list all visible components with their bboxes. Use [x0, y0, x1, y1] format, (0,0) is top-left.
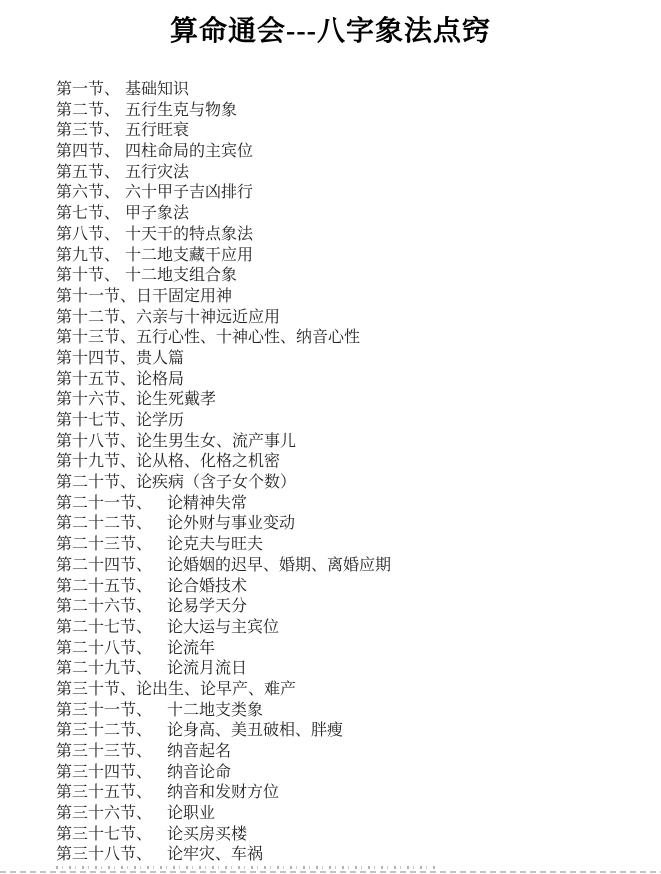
toc-item-title: 贵人篇	[136, 349, 184, 370]
toc-item: 第五节、五行灾法	[56, 163, 661, 184]
toc-item-number: 第二十五节、	[56, 577, 167, 598]
toc-item-number: 第二十六节、	[56, 597, 167, 618]
page-title: 算命通会---八字象法点窍	[0, 14, 661, 50]
toc-item-title: 论出生、论早产、难产	[136, 680, 296, 701]
toc-item-number: 第二十二节、	[56, 514, 167, 535]
toc-item-title: 论流年	[167, 639, 215, 660]
toc-item: 第三十节、论出生、论早产、难产	[56, 680, 661, 701]
toc-item: 第七节、甲子象法	[56, 204, 661, 225]
toc-item-number: 第十一节、	[56, 287, 136, 308]
toc-item: 第三十五节、纳音和发财方位	[56, 783, 661, 804]
toc-item-number: 第十七节、	[56, 411, 136, 432]
toc-item-number: 第二十节、	[56, 473, 136, 494]
toc-item: 第二十三节、论克夫与旺夫	[56, 535, 661, 556]
toc-list: 第一节、基础知识第二节、五行生克与物象第三节、五行旺衰第四节、四柱命局的主宾位第…	[56, 80, 661, 866]
toc-item-number: 第二十四节、	[56, 556, 167, 577]
toc-item: 第二十节、论疾病（含子女个数）	[56, 473, 661, 494]
toc-item: 第二十二节、论外财与事业变动	[56, 514, 661, 535]
toc-item: 第十五节、论格局	[56, 370, 661, 391]
toc-item-title: 论职业	[167, 804, 215, 825]
toc-item-number: 第十五节、	[56, 370, 136, 391]
toc-item-number: 第二十八节、	[56, 639, 167, 660]
toc-item-number: 第三十节、	[56, 680, 136, 701]
toc-item: 第十七节、论学历	[56, 411, 661, 432]
toc-item: 第八节、十天干的特点象法	[56, 225, 661, 246]
toc-item-title: 纳音和发财方位	[167, 783, 279, 804]
toc-item-number: 第四节、	[56, 142, 125, 163]
toc-item: 第三十七节、论买房买楼	[56, 825, 661, 846]
toc-item-number: 第二节、	[56, 101, 125, 122]
toc-item-title: 五行心性、十神心性、纳音心性	[136, 328, 360, 349]
toc-item-title: 六亲与十神远近应用	[136, 308, 280, 329]
toc-item-title: 五行旺衰	[125, 121, 189, 142]
toc-item-title: 论学历	[136, 411, 184, 432]
toc-item-number: 第一节、	[56, 80, 125, 101]
toc-item-number: 第十八节、	[56, 432, 136, 453]
toc-item: 第三十六节、论职业	[56, 804, 661, 825]
toc-item: 第二十六节、论易学天分	[56, 597, 661, 618]
toc-item-title: 论牢灾、车祸	[167, 845, 263, 866]
toc-item-number: 第十二节、	[56, 308, 136, 329]
toc-item: 第二十四节、论婚姻的迟早、婚期、离婚应期	[56, 556, 661, 577]
toc-item-number: 第十九节、	[56, 452, 136, 473]
toc-item-number: 第三十二节、	[56, 721, 167, 742]
toc-item-number: 第三十一节、	[56, 701, 167, 722]
toc-item: 第九节、十二地支藏干应用	[56, 246, 661, 267]
toc-item: 第十六节、论生死戴孝	[56, 390, 661, 411]
toc-item-title: 论流月流日	[167, 659, 247, 680]
toc-item-number: 第六节、	[56, 183, 125, 204]
toc-item-title: 论生男生女、流产事儿	[136, 432, 296, 453]
toc-item-title: 基础知识	[125, 80, 189, 101]
toc-item-title: 日干固定用神	[136, 287, 232, 308]
toc-item-number: 第三节、	[56, 121, 125, 142]
toc-item-title: 十二地支藏干应用	[125, 246, 253, 267]
toc-item-title: 十天干的特点象法	[125, 225, 253, 246]
toc-item-title: 十二地支类象	[167, 701, 263, 722]
toc-item: 第三十二节、论身高、美丑破相、胖瘦	[56, 721, 661, 742]
toc-item-title: 四柱命局的主宾位	[125, 142, 253, 163]
page-bottom-dashed-line	[0, 871, 661, 873]
toc-item-number: 第二十一节、	[56, 494, 167, 515]
toc-item-number: 第二十三节、	[56, 535, 167, 556]
toc-item-title: 纳音起名	[167, 742, 231, 763]
toc-item: 第十二节、六亲与十神远近应用	[56, 308, 661, 329]
toc-item-number: 第三十五节、	[56, 783, 167, 804]
toc-item-number: 第五节、	[56, 163, 125, 184]
toc-item-number: 第三十八节、	[56, 845, 167, 866]
toc-item-number: 第十三节、	[56, 328, 136, 349]
toc-item-title: 论合婚技术	[167, 577, 247, 598]
toc-item: 第三节、五行旺衰	[56, 121, 661, 142]
toc-item-number: 第八节、	[56, 225, 125, 246]
toc-item: 第二十一节、论精神失常	[56, 494, 661, 515]
toc-item-title: 十二地支组合象	[125, 266, 237, 287]
toc-item-title: 论婚姻的迟早、婚期、离婚应期	[167, 556, 391, 577]
toc-item-number: 第十六节、	[56, 390, 136, 411]
toc-item: 第十八节、论生男生女、流产事儿	[56, 432, 661, 453]
toc-item-title: 五行灾法	[125, 163, 189, 184]
toc-item-title: 甲子象法	[125, 204, 189, 225]
toc-item: 第十九节、论从格、化格之机密	[56, 452, 661, 473]
toc-item: 第二十七节、论大运与主宾位	[56, 618, 661, 639]
cutoff-text-remnant	[56, 866, 438, 869]
toc-item-title: 论身高、美丑破相、胖瘦	[167, 721, 343, 742]
toc-item-title: 论生死戴孝	[136, 390, 216, 411]
toc-item-title: 论易学天分	[167, 597, 247, 618]
toc-item: 第一节、基础知识	[56, 80, 661, 101]
toc-item-title: 六十甲子吉凶排行	[125, 183, 253, 204]
toc-item: 第二十五节、论合婚技术	[56, 577, 661, 598]
toc-item-title: 论从格、化格之机密	[136, 452, 280, 473]
toc-item-title: 纳音论命	[167, 763, 231, 784]
toc-item: 第十三节、五行心性、十神心性、纳音心性	[56, 328, 661, 349]
toc-item-number: 第七节、	[56, 204, 125, 225]
toc-item: 第三十四节、纳音论命	[56, 763, 661, 784]
toc-item-number: 第二十九节、	[56, 659, 167, 680]
toc-item-number: 第三十七节、	[56, 825, 167, 846]
toc-item-number: 第三十三节、	[56, 742, 167, 763]
toc-item-title: 论格局	[136, 370, 184, 391]
toc-item-title: 五行生克与物象	[125, 101, 237, 122]
toc-item: 第三十三节、纳音起名	[56, 742, 661, 763]
toc-item-title: 论买房买楼	[167, 825, 247, 846]
toc-item: 第二节、五行生克与物象	[56, 101, 661, 122]
toc-item-title: 论精神失常	[167, 494, 247, 515]
toc-item-number: 第十节、	[56, 266, 125, 287]
toc-item: 第三十一节、十二地支类象	[56, 701, 661, 722]
toc-item-title: 论疾病（含子女个数）	[136, 473, 296, 494]
toc-item: 第二十八节、论流年	[56, 639, 661, 660]
toc-item: 第四节、四柱命局的主宾位	[56, 142, 661, 163]
toc-item-number: 第三十四节、	[56, 763, 167, 784]
toc-item: 第三十八节、论牢灾、车祸	[56, 845, 661, 866]
toc-item-title: 论大运与主宾位	[167, 618, 279, 639]
toc-item-number: 第九节、	[56, 246, 125, 267]
toc-item-number: 第二十七节、	[56, 618, 167, 639]
toc-item: 第二十九节、论流月流日	[56, 659, 661, 680]
toc-item: 第十一节、日干固定用神	[56, 287, 661, 308]
toc-item-number: 第三十六节、	[56, 804, 167, 825]
toc-item: 第六节、六十甲子吉凶排行	[56, 183, 661, 204]
toc-item: 第十节、十二地支组合象	[56, 266, 661, 287]
toc-item-title: 论外财与事业变动	[167, 514, 295, 535]
toc-item: 第十四节、贵人篇	[56, 349, 661, 370]
toc-item-number: 第十四节、	[56, 349, 136, 370]
toc-item-title: 论克夫与旺夫	[167, 535, 263, 556]
